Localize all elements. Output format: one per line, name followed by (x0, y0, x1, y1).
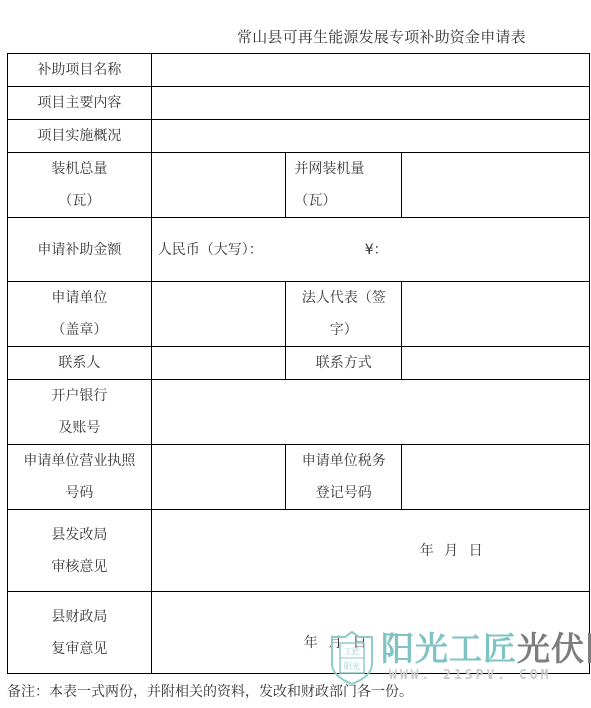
yen-amount-label: ¥： (365, 234, 388, 266)
legal-rep-field[interactable] (402, 282, 590, 347)
project-content-label: 项目主要内容 (8, 87, 152, 120)
row-contact: 联系人 联系方式 (8, 347, 590, 380)
bank-account-field[interactable] (151, 380, 589, 445)
business-license-field[interactable] (151, 445, 286, 510)
project-status-label: 项目实施概况 (8, 120, 152, 153)
tax-registration-label: 申请单位税务 登记号码 (286, 445, 402, 510)
bank-account-label: 开户银行 及账号 (8, 380, 152, 445)
legal-rep-label: 法人代表（签 字） (286, 282, 402, 347)
contact-person-label: 联系人 (8, 347, 152, 380)
row-subsidy-amount: 申请补助金额 人民币（大写）：¥： (8, 218, 590, 282)
row-capacity: 装机总量 （瓦） 并网装机量 （瓦） (8, 153, 590, 218)
contact-method-field[interactable] (402, 347, 590, 380)
grid-capacity-field[interactable] (402, 153, 590, 218)
finance-bureau-label: 县财政局 复审意见 (8, 592, 152, 674)
row-registration: 申请单位营业执照 号码 申请单位税务 登记号码 (8, 445, 590, 510)
footnote: 备注：本表一式两份，并附相关的资料，发改和财政部门各一份。 (7, 681, 413, 701)
applicant-unit-field[interactable] (151, 282, 286, 347)
project-name-label: 补助项目名称 (8, 54, 152, 87)
finance-bureau-date: 年 月 日 (304, 627, 367, 659)
contact-person-field[interactable] (151, 347, 286, 380)
row-project-name: 补助项目名称 (8, 54, 590, 87)
development-bureau-label: 县发改局 审核意见 (8, 510, 152, 592)
subsidy-amount-label: 申请补助金额 (8, 218, 152, 282)
row-project-status: 项目实施概况 (8, 120, 590, 153)
row-finance-bureau: 县财政局 复审意见 年 月 日 (8, 592, 590, 674)
total-capacity-field[interactable] (151, 153, 286, 218)
rmb-uppercase-label: 人民币（大写）： (158, 242, 263, 258)
row-bank-account: 开户银行 及账号 (8, 380, 590, 445)
business-license-label: 申请单位营业执照 号码 (8, 445, 152, 510)
document-title: 常山县可再生能源发展专项补助资金申请表 (237, 26, 526, 47)
row-development-bureau: 县发改局 审核意见 年 月 日 (8, 510, 590, 592)
project-status-field[interactable] (151, 120, 589, 153)
application-form-table: 补助项目名称 项目主要内容 项目实施概况 装机总量 （瓦） 并网装机量 （瓦） … (7, 53, 590, 674)
row-project-content: 项目主要内容 (8, 87, 590, 120)
grid-capacity-label: 并网装机量 （瓦） (286, 153, 402, 218)
project-content-field[interactable] (151, 87, 589, 120)
project-name-field[interactable] (151, 54, 589, 87)
contact-method-label: 联系方式 (286, 347, 402, 380)
row-applicant-unit: 申请单位 （盖章） 法人代表（签 字） (8, 282, 590, 347)
tax-registration-field[interactable] (402, 445, 590, 510)
development-bureau-opinion-field[interactable]: 年 月 日 (151, 510, 589, 592)
applicant-unit-label: 申请单位 （盖章） (8, 282, 152, 347)
subsidy-amount-field[interactable]: 人民币（大写）：¥： (151, 218, 589, 282)
total-capacity-label: 装机总量 （瓦） (8, 153, 152, 218)
development-bureau-date: 年 月 日 (420, 535, 483, 567)
finance-bureau-opinion-field[interactable]: 年 月 日 (151, 592, 589, 674)
